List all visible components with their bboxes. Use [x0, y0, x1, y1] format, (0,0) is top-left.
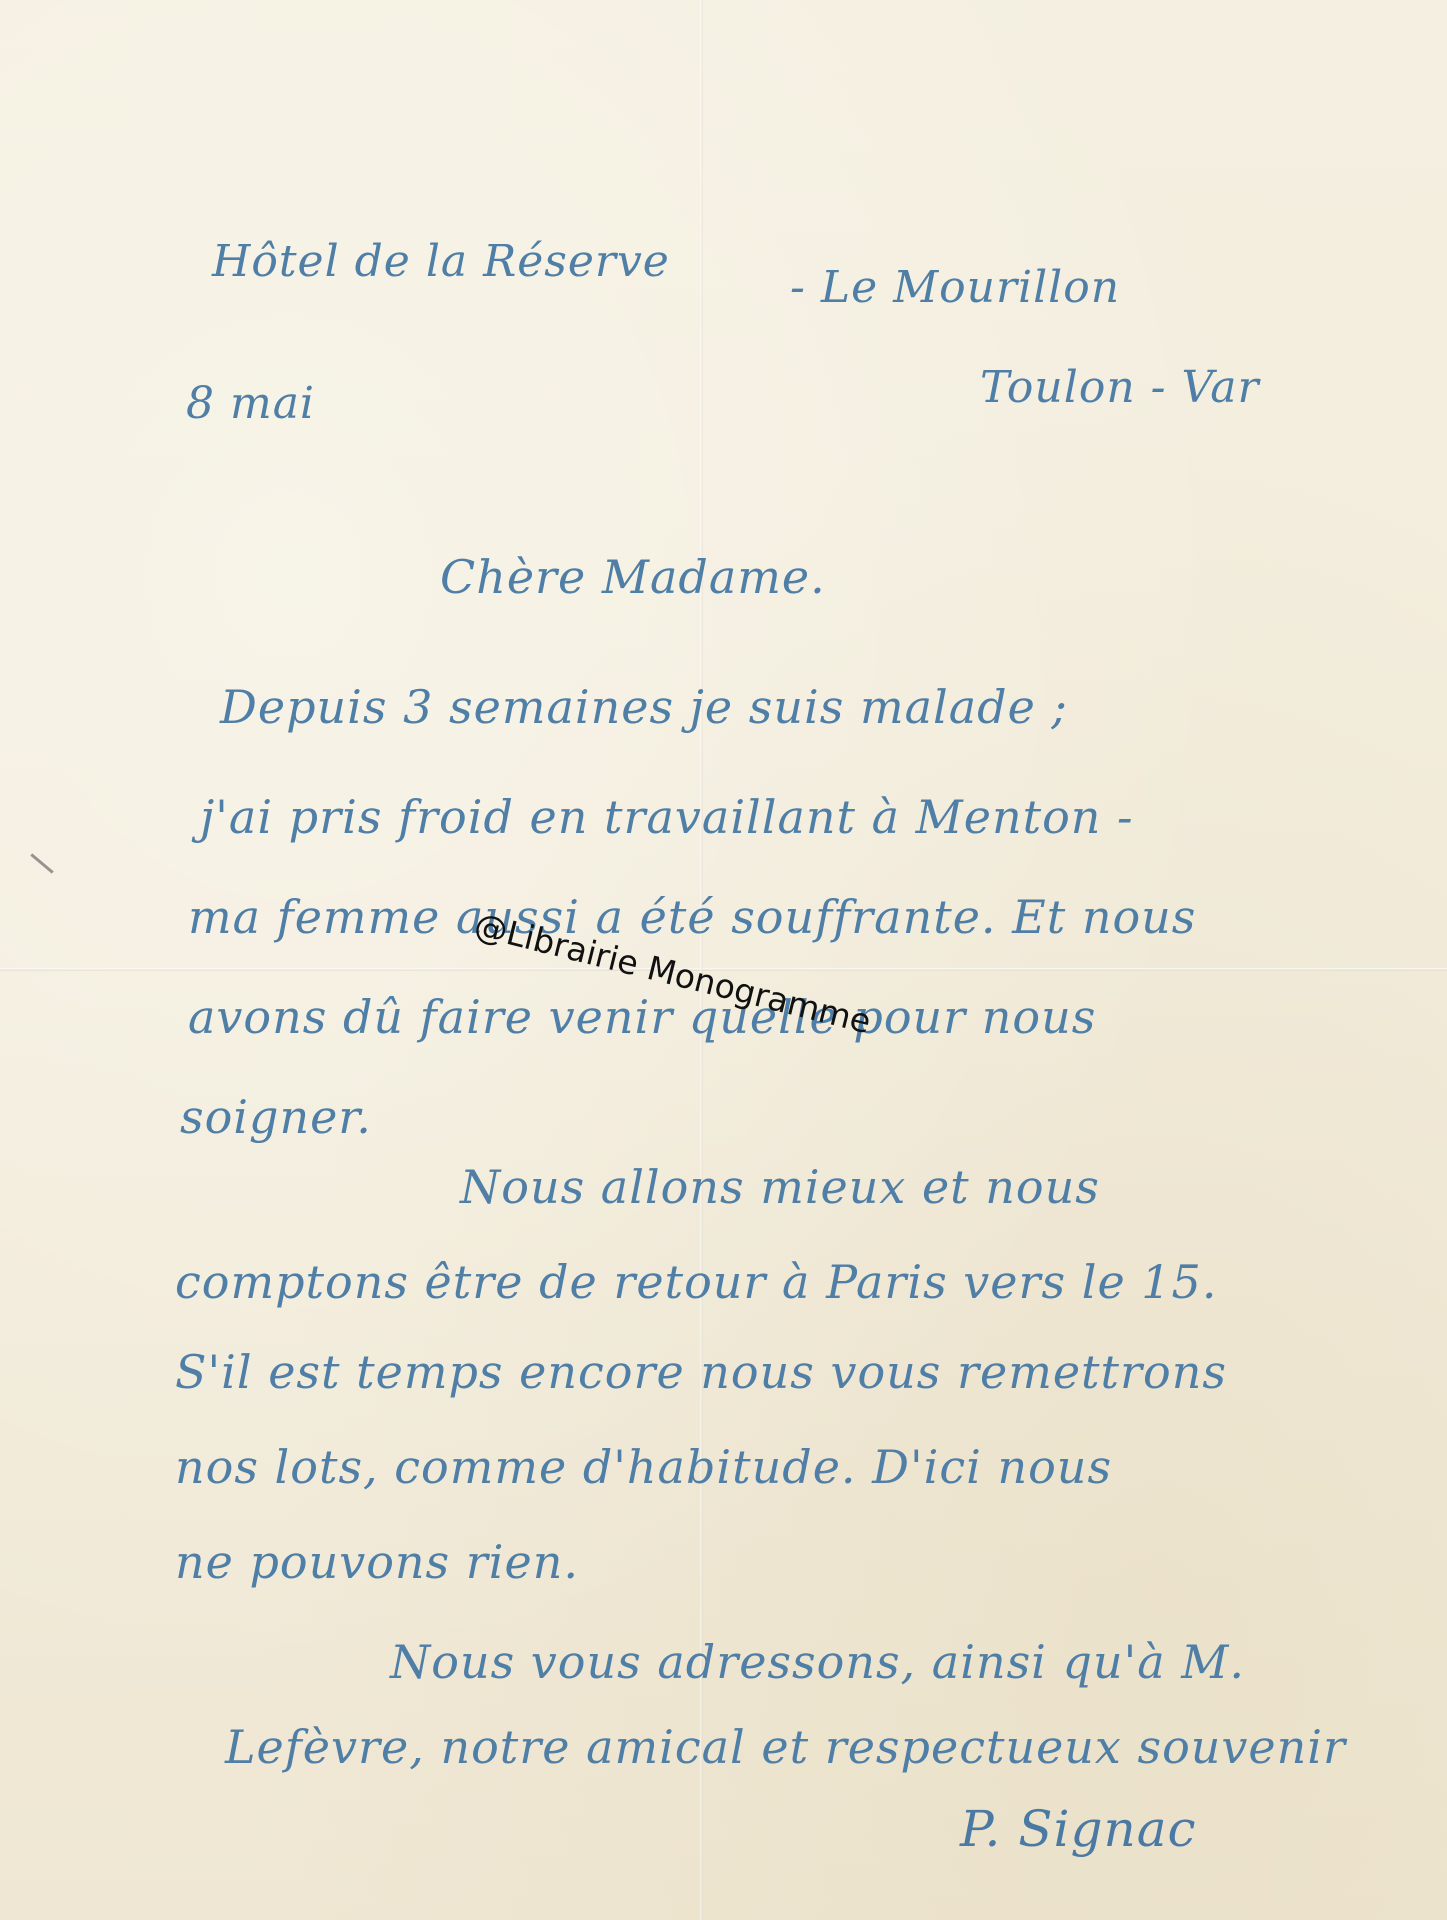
body-line: Depuis 3 semaines je suis malade ; — [220, 680, 1068, 734]
margin-mark — [30, 853, 53, 873]
body-line: comptons être de retour à Paris vers le … — [175, 1255, 1217, 1309]
letterhead-location: - Le Mourillon — [790, 262, 1120, 313]
body-line: Nous vous adressons, ainsi qu'à M. — [390, 1635, 1245, 1689]
letter-page: Hôtel de la Réserve - Le Mourillon 8 mai… — [0, 0, 1447, 1920]
body-line: S'il est temps encore nous vous remettro… — [175, 1345, 1227, 1399]
body-line: Nous allons mieux et nous — [460, 1160, 1100, 1214]
body-line: nos lots, comme d'habitude. D'ici nous — [175, 1440, 1112, 1494]
letterhead-city: Toulon - Var — [980, 362, 1260, 413]
letter-date: 8 mai — [186, 378, 315, 429]
body-line: soigner. — [180, 1090, 372, 1144]
body-line: j'ai pris froid en travaillant à Menton … — [200, 790, 1134, 844]
body-line: avons dû faire venir quelle pour nous — [188, 990, 1096, 1044]
body-line: Lefèvre, notre amical et respectueux sou… — [225, 1720, 1346, 1774]
body-line: ma femme aussi a été souffrante. Et nous — [188, 890, 1196, 944]
salutation: Chère Madame. — [440, 550, 826, 604]
signature: P. Signac — [960, 1800, 1197, 1858]
body-line: ne pouvons rien. — [175, 1535, 579, 1589]
letterhead-hotel: Hôtel de la Réserve — [212, 236, 670, 287]
